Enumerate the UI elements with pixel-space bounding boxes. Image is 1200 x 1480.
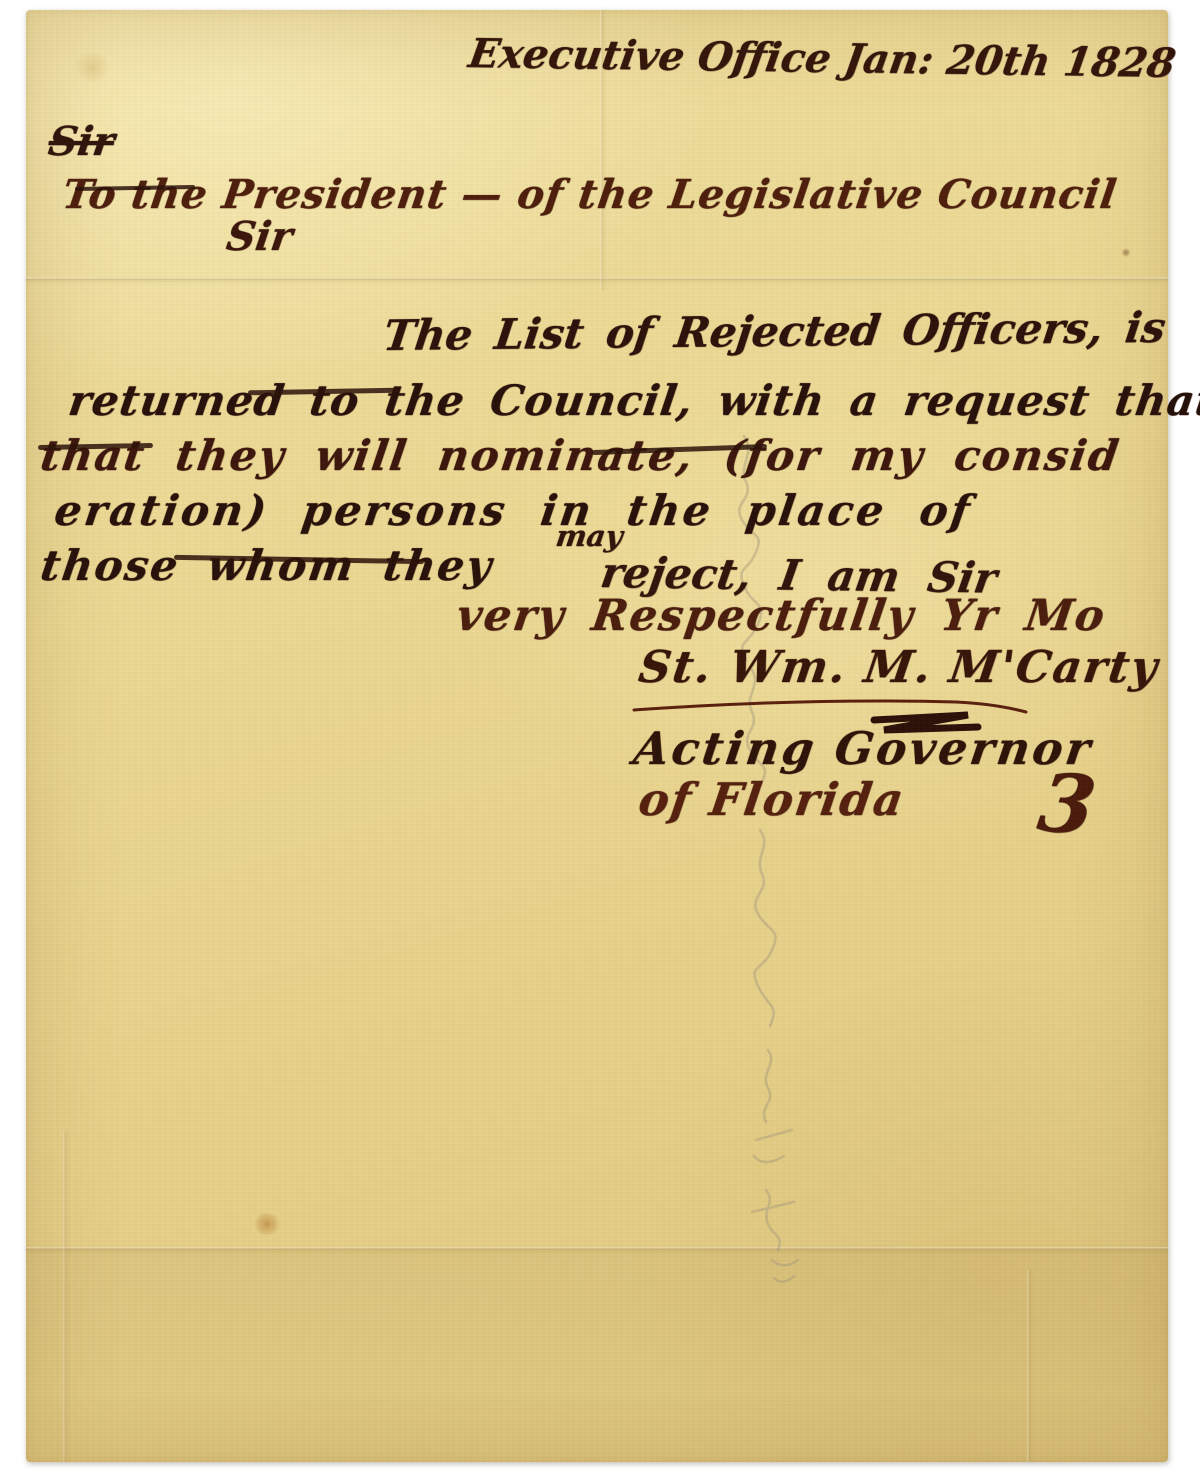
signer-title-line-1: Acting Governor [631, 726, 1096, 771]
signer-title-line-2: of Florida [636, 777, 908, 822]
stain [254, 1213, 280, 1235]
salutation: Sir [224, 217, 295, 257]
letter-dateline: Executive Office Jan: 20th 1828 [466, 34, 1178, 84]
page-number: 3 [1034, 762, 1100, 846]
paper: Executive Office Jan: 20th 1828 Sir To t… [26, 10, 1168, 1462]
body-line-5-start: those whom they [38, 545, 496, 587]
closing-line: very Respectfully Yr Mo [454, 595, 1109, 638]
struck-salutation: Sir [46, 122, 117, 162]
fold-crease-vertical-left-bottom [63, 1130, 66, 1462]
address-line: To the President — of the Legislative Co… [60, 175, 1119, 215]
bottom-fold-zone [26, 1247, 1168, 1462]
document-scan: Executive Office Jan: 20th 1828 Sir To t… [0, 0, 1200, 1480]
ink-dot [1121, 248, 1131, 257]
fold-crease-vertical-right-bottom [1027, 1270, 1030, 1462]
signature: St. Wm. M. M'Carty [636, 646, 1162, 690]
body-line-1: The List of Rejected Officers, is [381, 307, 1168, 357]
stain [72, 52, 112, 82]
fold-crease-horizontal-lower [26, 1247, 1168, 1250]
body-line-2: returned to the Council, with a request … [66, 380, 1200, 422]
body-line-4: eration) persons in the place of [52, 490, 975, 532]
body-line-3: that they will nominate, (for my consid [38, 435, 1123, 477]
fold-crease-horizontal-upper [26, 277, 1168, 280]
inserted-word-may: may [554, 522, 624, 551]
